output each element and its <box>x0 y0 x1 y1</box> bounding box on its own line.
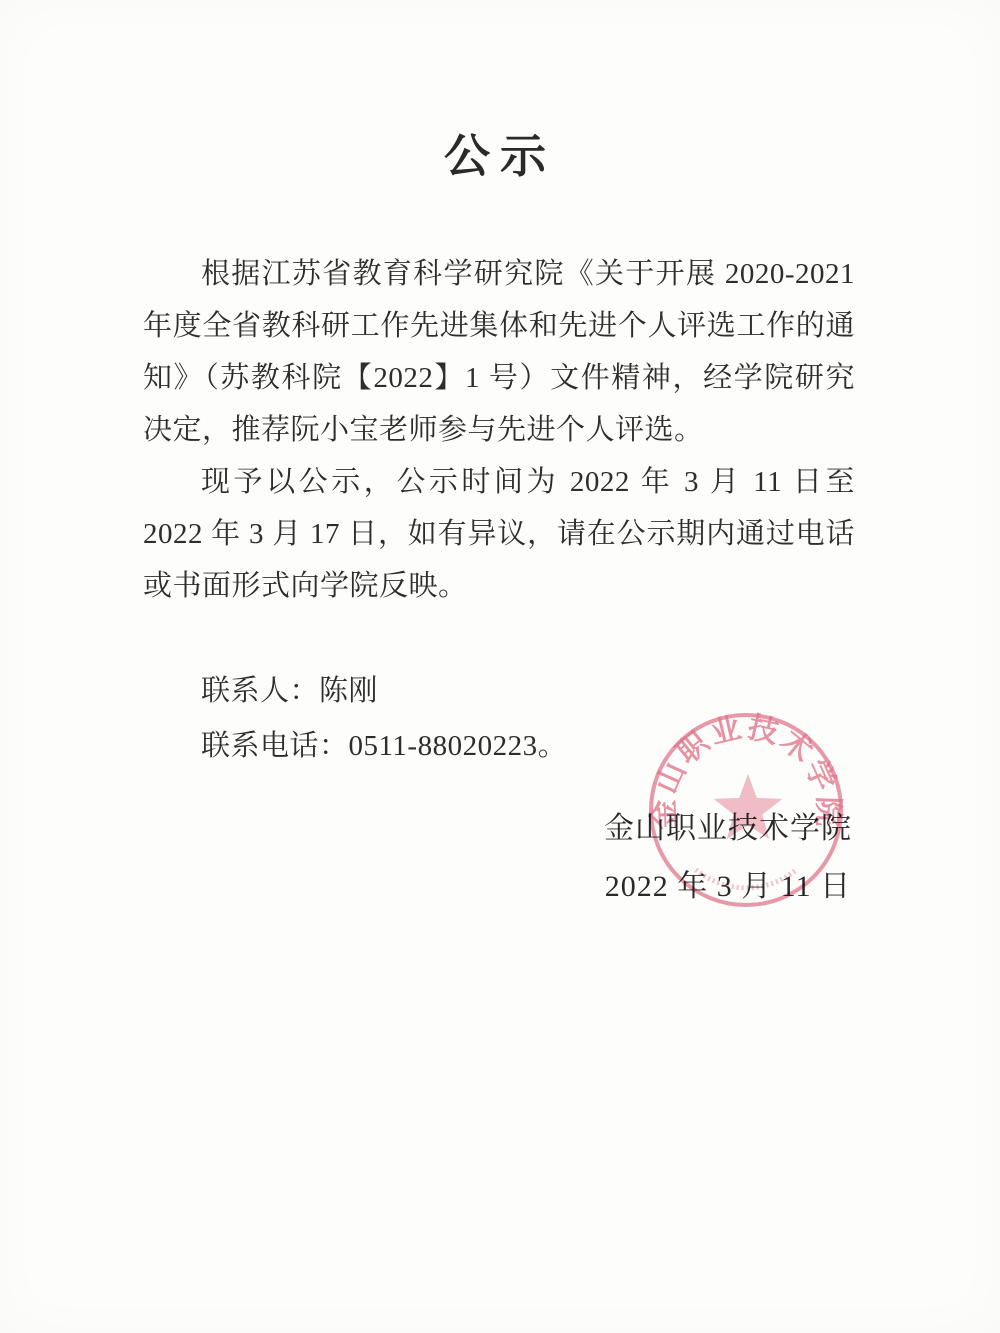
document-page: 公示 根据江苏省教育科学研究院《关于开展 2020-2021 年度全省教科研工作… <box>0 0 1000 1333</box>
signature-org: 金山职业技术学院 <box>604 800 852 858</box>
signature-date: 2022 年 3 月 11 日 <box>604 858 852 916</box>
contact-person-line: 联系人：陈刚 <box>143 664 855 719</box>
contact-block: 联系人：陈刚 联系电话：0511-88020223。 <box>143 664 855 774</box>
document-title: 公示 <box>0 0 1000 186</box>
signature-block: 金山职业技术学院 2022 年 3 月 11 日 <box>604 800 852 916</box>
contact-phone-line: 联系电话：0511-88020223。 <box>143 719 855 774</box>
notice-paragraph-2: 现予以公示，公示时间为 2022 年 3 月 11 日至 2022 年 3 月 … <box>143 456 855 612</box>
notice-paragraph-1: 根据江苏省教育科学研究院《关于开展 2020-2021 年度全省教科研工作先进集… <box>143 248 855 456</box>
document-body: 根据江苏省教育科学研究院《关于开展 2020-2021 年度全省教科研工作先进集… <box>143 248 855 774</box>
